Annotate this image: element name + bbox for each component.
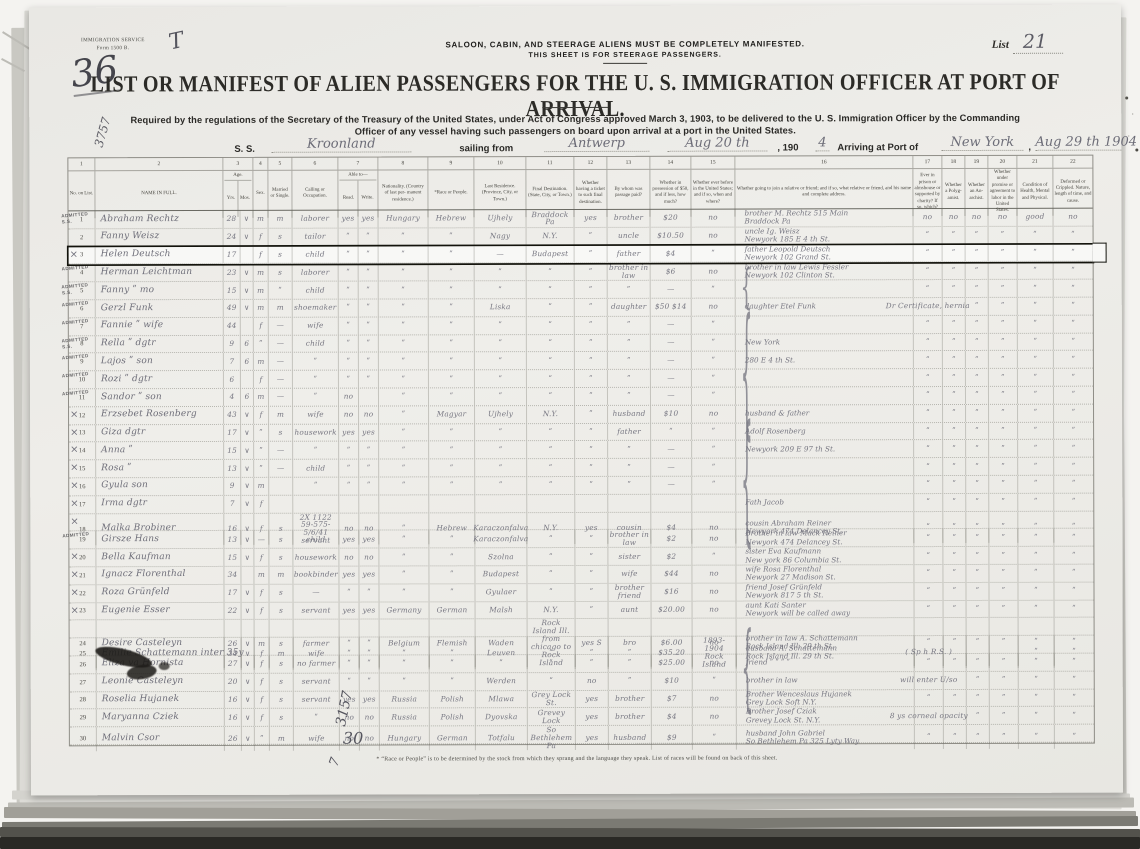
cell-labor-contract: ʺ: [988, 494, 1017, 511]
cell-occupation: —: [292, 584, 338, 601]
cell-deformed: ʺ: [1054, 654, 1094, 671]
cell-prison: ʺ: [913, 334, 942, 351]
cell-row-number: 29: [70, 710, 96, 727]
cell-money: —: [650, 441, 691, 458]
cell-occupation: wife: [292, 317, 338, 334]
cell-polygamist: [943, 672, 966, 689]
cell-sex: f: [253, 371, 268, 388]
manifest-sheet: IMMIGRATION SERVICE Form 1500 B. T SALOO…: [29, 5, 1123, 796]
cell-destination: ʺ: [526, 548, 574, 565]
friend-line: 280 E 4 th St.: [745, 356, 795, 364]
cell-prison: ʺ: [914, 654, 943, 671]
cell-row-number: 19ADMITTED: [69, 532, 95, 549]
cell-health: ʺ: [1018, 600, 1054, 617]
cell-prison: ʺ: [913, 369, 942, 386]
cell-deformed: ʺ: [1053, 582, 1093, 599]
cell-health: ʺ: [1017, 405, 1053, 422]
friend-line: New york 86 Columbia St.: [745, 556, 841, 565]
cell-last-residence: ʺ: [474, 388, 526, 405]
cell-ticket: ʺ: [574, 281, 607, 298]
cell-relative-friend: Brother Wenceslaus HujanekGrey Lock Soft…: [736, 690, 914, 707]
cell-money: $4: [650, 245, 691, 262]
cell-destination: ʺ: [526, 281, 574, 298]
cell-write: no: [359, 709, 379, 726]
cell-write: [358, 495, 378, 512]
cell-polygamist: ʺ: [942, 316, 965, 333]
cell-name: Ignacz Florenthal: [95, 567, 223, 584]
cell-relative-friend: Brother in law Mack ReinerNewyork 474 De…: [735, 529, 913, 546]
cell-sex: m: [253, 211, 268, 228]
admitted-stamp: ADMITTED: [62, 371, 89, 380]
cell-before-in-us: ʺ: [692, 726, 736, 750]
cell-health: ʺ: [1017, 369, 1053, 386]
cell-anarchist: ʺ: [966, 725, 989, 749]
cell-relative-friend: Fath Jacob: [735, 494, 913, 511]
cell-row-number: 11ADMITTED: [69, 389, 95, 406]
cell-race: ʺ: [428, 584, 474, 601]
cell-relative-friend: [735, 458, 913, 475]
cell-money: —: [650, 477, 691, 494]
cell-married-single: s: [268, 424, 292, 441]
cell-nationality: ʺ: [378, 246, 428, 263]
cell-age-mos: ∨: [240, 211, 253, 228]
cell-nationality: ʺ: [378, 388, 428, 405]
cell-age-mos: [240, 246, 253, 263]
cell-health: ʺ: [1017, 298, 1053, 315]
cell-last-residence: Ujhely: [474, 406, 526, 423]
cell-destination: Grevey Lock: [527, 708, 575, 725]
friend-line: Adolf Rosenberg: [745, 427, 806, 435]
cell-relative-friend: wife Rosa FlorenthalNewyork 27 Madison S…: [735, 565, 913, 582]
x-mark: ×: [70, 498, 78, 509]
cell-name: Sandor ʺ son: [95, 389, 223, 406]
friend-line: daughter Etel Funk: [745, 303, 816, 311]
cell-anarchist: ʺ: [965, 280, 988, 297]
race-footnote: * “Race or People” is to be determined b…: [31, 755, 1123, 764]
cell-row-number: 15×: [69, 460, 95, 477]
cell-name: Helen Deutsch: [95, 247, 223, 264]
cell-prison: ʺ: [913, 565, 942, 582]
cell-name: Bella Kaufman: [95, 549, 223, 566]
cell-before-in-us: ʺ: [691, 477, 735, 494]
page-stack-edge: [0, 837, 1140, 849]
cell-labor-contract: no: [988, 209, 1017, 226]
cell-anarchist: ʺ: [965, 245, 988, 262]
cell-polygamist: no: [942, 209, 965, 226]
cell-prison: ʺ: [913, 245, 942, 262]
cell-write: ʺ: [358, 317, 378, 334]
cell-polygamist: ʺ: [942, 458, 965, 475]
cell-before-in-us: [691, 494, 735, 511]
cell-race: ʺ: [428, 459, 474, 476]
cell-polygamist: ʺ: [942, 245, 965, 262]
cell-row-number: 7ADMITTED: [69, 318, 95, 335]
cell-read: no: [338, 549, 358, 566]
friend-line: Newyork will be called away: [746, 609, 850, 618]
cell-age-yrs: 17: [223, 585, 240, 602]
cell-anarchist: ʺ: [965, 262, 988, 279]
cell-married-single: s: [269, 691, 293, 708]
cell-labor-contract: ʺ: [989, 707, 1018, 724]
cell-health: ʺ: [1018, 707, 1054, 724]
cell-before-in-us: ʺ: [691, 245, 735, 262]
cell-money: $20: [650, 210, 691, 227]
cell-destination: ʺ: [526, 317, 574, 334]
cell-destination: ʺ: [526, 566, 574, 583]
cell-health: ʺ: [1017, 262, 1053, 279]
cell-health: ʺ: [1017, 280, 1053, 297]
cell-name: Maryanna Cziek: [96, 709, 224, 726]
cell-deformed: ʺ: [1054, 725, 1094, 749]
friend-line: Grey Lock Soft N.Y.: [746, 698, 817, 706]
cell-race: ʺ: [428, 317, 474, 334]
column-number: 1: [68, 158, 94, 170]
cell-ticket: yes: [574, 210, 607, 227]
cell-age-yrs: 17: [223, 246, 240, 263]
cell-ticket: no: [575, 673, 608, 690]
cell-age-yrs: 16: [224, 691, 241, 708]
friend-line: Newyork 102 Clinton St.: [745, 271, 835, 280]
column-header-row: No. on List.NAME IN FULL.Age.Yrs.Mos.Sex…: [68, 169, 1092, 212]
cell-last-residence: [474, 495, 526, 512]
cell-anarchist: ʺ: [965, 369, 988, 386]
cell-sex: m: [253, 478, 268, 495]
cell-nationality: ʺ: [378, 264, 428, 281]
cell-deformed: ʺ: [1053, 529, 1093, 546]
x-mark: ×: [70, 551, 78, 562]
cell-money: $6: [650, 263, 691, 280]
departure-date-handwritten: Aug 20 th: [667, 135, 767, 151]
cell-age-mos: ∨: [241, 656, 254, 673]
cell-sex: f: [253, 549, 268, 566]
cell-age-mos: ∨: [240, 585, 253, 602]
cell-prison: ʺ: [913, 529, 942, 546]
cell-name: Giza dgtr: [95, 424, 223, 441]
cell-ticket: ʺ: [575, 655, 608, 672]
cell-row-number: 16×: [69, 478, 95, 495]
cell-anarchist: ʺ: [966, 672, 989, 689]
cell-money: $9: [651, 726, 692, 750]
cell-race: ʺ: [428, 388, 474, 405]
cell-age-yrs: 17: [223, 424, 240, 441]
cell-polygamist: ʺ: [942, 405, 965, 422]
cell-last-residence: Totfalu: [475, 726, 527, 750]
column-header-label: Age.: [224, 172, 251, 181]
cell-row-number: 3×: [69, 247, 95, 264]
cell-occupation: shoemaker: [292, 300, 338, 317]
cell-write: ʺ: [358, 584, 378, 601]
cell-labor-contract: ʺ: [988, 458, 1017, 475]
cell-by-whom-paid: brother in law: [607, 263, 650, 280]
cell-by-whom-paid: brother in law: [607, 530, 650, 547]
cell-ticket: ʺ: [574, 477, 607, 494]
cell-age-mos: ∨: [241, 674, 254, 691]
friend-line: friend ʺ ʺ ʺ ʺ: [746, 659, 790, 667]
cell-ticket: ʺ: [574, 388, 607, 405]
cell-write: ʺ: [358, 442, 378, 459]
cell-relative-friend: brother in law: [736, 672, 914, 689]
cell-destination: ʺ: [526, 263, 574, 280]
cell-nationality: [378, 495, 428, 512]
cell-ticket: [574, 495, 607, 512]
cell-married-single: m: [268, 567, 292, 584]
cell-read: ʺ: [338, 584, 358, 601]
cell-anarchist: ʺ: [965, 387, 988, 404]
cell-deformed: ʺ: [1053, 440, 1093, 457]
cell-destination: ʺ: [526, 441, 574, 458]
cell-married-single: s: [269, 656, 293, 673]
cell-last-residence: ʺ: [474, 335, 526, 352]
cell-occupation: ʺ: [292, 353, 338, 370]
cell-health: ʺ: [1018, 725, 1054, 749]
cell-destination: N.Y.: [527, 602, 575, 619]
cell-ticket: yes: [575, 708, 608, 725]
cell-ticket: ʺ: [574, 441, 607, 458]
cell-by-whom-paid: ʺ: [607, 352, 650, 369]
cell-age-yrs: 9: [223, 335, 240, 352]
cell-labor-contract: ʺ: [988, 280, 1017, 297]
x-mark: ×: [70, 462, 78, 473]
cell-nationality: ʺ: [378, 406, 428, 423]
cell-prison: ʺ: [913, 458, 942, 475]
cell-by-whom-paid: father: [607, 423, 650, 440]
cell-name: Fanny Weisz: [95, 229, 223, 246]
cell-race: Polish: [429, 691, 475, 708]
cell-age-mos: ∨: [240, 229, 253, 246]
cell-labor-contract: ʺ: [989, 672, 1018, 689]
cell-row-number: 6ADMITTED: [69, 300, 95, 317]
handwritten-flourish: T: [167, 28, 187, 56]
cell-prison: Dr Certificate, hernia: [913, 298, 942, 315]
cell-age-yrs: 44: [223, 318, 240, 335]
cell-write: ʺ: [358, 264, 378, 281]
cell-name: Lajos ʺ son: [95, 353, 223, 370]
cell-last-residence: ʺ: [474, 459, 526, 476]
cell-labor-contract: ʺ: [988, 529, 1017, 546]
handwritten-bottom-number-2: 30: [343, 729, 363, 748]
cell-deformed: ʺ: [1053, 404, 1093, 421]
cell-health: good: [1017, 209, 1053, 226]
cell-health: ʺ: [1017, 440, 1053, 457]
cell-ticket: ʺ: [574, 423, 607, 440]
cell-destination: ʺ: [526, 388, 574, 405]
cell-nationality: ʺ: [378, 317, 428, 334]
cell-write: ʺ: [358, 300, 378, 317]
cell-before-in-us: ʺ: [691, 459, 735, 476]
cell-before-in-us: ʺ: [691, 423, 735, 440]
cell-occupation: ʺ: [292, 389, 338, 406]
cell-relative-friend: aunt Kati SanterNewyork will be called a…: [736, 601, 914, 618]
cell-write: ʺ: [358, 246, 378, 263]
cell-name: Rella ʺ dgtr: [95, 336, 223, 353]
cell-deformed: ʺ: [1053, 565, 1093, 582]
cell-nationality: ʺ: [378, 566, 428, 583]
x-mark: ×: [70, 427, 78, 438]
friend-line: So Bethlehem Pa 325 Lyty Way: [746, 737, 859, 746]
cell-ticket: ʺ: [574, 317, 607, 334]
cell-by-whom-paid: daughter: [607, 299, 650, 316]
cell-name: Erzsebet Rosenberg: [95, 407, 223, 424]
cell-row-number: 23×: [70, 603, 96, 620]
cell-last-residence: Budapest: [474, 566, 526, 583]
friend-line: Newyork 474 Delancey St.: [745, 538, 842, 547]
cell-anarchist: ʺ: [965, 529, 988, 546]
cell-age-yrs: 43: [223, 407, 240, 424]
admitted-stamp: ADMITTED: [62, 318, 89, 327]
cell-married-single: —: [268, 353, 292, 370]
cell-occupation: servant: [293, 691, 339, 708]
cell-labor-contract: ʺ: [988, 333, 1017, 350]
cell-destination: Budapest: [526, 246, 574, 263]
cell-before-in-us: ʺ: [691, 441, 735, 458]
cell-last-residence: ʺ: [474, 353, 526, 370]
cell-occupation: child: [292, 246, 338, 263]
cell-ticket: ʺ: [574, 566, 607, 583]
cell-prison: ʺ: [913, 494, 942, 511]
cell-money: —: [650, 334, 691, 351]
cell-married-single: s: [268, 584, 292, 601]
cell-before-in-us: no: [691, 405, 735, 422]
cell-read: yes: [338, 567, 358, 584]
cell-deformed: ʺ: [1053, 476, 1093, 493]
cell-read: yes: [338, 424, 358, 441]
table-row: 30Malvin Csor26∨ʺmwifenonoHungaryGermanT…: [70, 725, 1094, 745]
cell-occupation: child: [292, 335, 338, 352]
cell-prison: ʺ: [913, 583, 942, 600]
cell-last-residence: Gyulaer: [474, 584, 526, 601]
manifest-table: 12345678910111213141516171819202122No. o…: [67, 155, 1095, 747]
cell-sex: m: [253, 389, 268, 406]
cell-labor-contract: ʺ: [988, 298, 1017, 315]
cell-nationality: Russia: [379, 709, 429, 726]
cell-labor-contract: ʺ: [989, 725, 1018, 749]
cell-write: yes: [358, 211, 378, 228]
cell-age-mos: 6: [240, 389, 253, 406]
cell-last-residence: ʺ: [474, 441, 526, 458]
cell-before-in-us: no: [692, 655, 736, 672]
column-number: 20: [987, 156, 1016, 168]
cell-polygamist: ʺ: [942, 547, 965, 564]
cell-health: ʺ: [1017, 529, 1053, 546]
cell-occupation: wife: [293, 727, 339, 751]
cell-polygamist: ʺ: [942, 565, 965, 582]
cell-ticket: ʺ: [574, 228, 607, 245]
cell-name: Anna ʺ: [95, 442, 223, 459]
cell-sex: m: [253, 567, 268, 584]
cell-polygamist: [943, 707, 966, 724]
x-mark: ×: [70, 409, 78, 420]
cell-by-whom-paid: husband: [607, 406, 650, 423]
cell-relative-friend: brother in law Lewis FesslerNewyork 102 …: [735, 263, 913, 280]
cell-destination: ʺ: [526, 530, 574, 547]
friend-line: brother in law: [746, 676, 798, 684]
cell-by-whom-paid: aunt: [608, 601, 651, 618]
cell-health: ʺ: [1017, 547, 1053, 564]
cell-deformed: ʺ: [1053, 351, 1093, 368]
cell-write: ʺ: [358, 335, 378, 352]
cell-name: Herman Leichtman: [95, 264, 223, 281]
cell-age-yrs: 9: [223, 478, 240, 495]
cell-prison: will enter U/so: [914, 672, 943, 689]
cell-polygamist: ʺ: [942, 423, 965, 440]
cell-name: Irma dgtr: [95, 496, 223, 513]
cell-race: ʺ: [428, 335, 474, 352]
admitted-stamp: ADMITTED: [61, 265, 88, 274]
cell-race: ʺ: [428, 353, 474, 370]
column-number: 21: [1016, 156, 1052, 168]
column-number: 22: [1052, 156, 1092, 168]
cell-married-single: s: [268, 531, 292, 548]
cell-write: yes: [358, 424, 378, 441]
cell-ticket: ʺ: [574, 530, 607, 547]
cell-anarchist: ʺ: [965, 227, 988, 244]
highlighted-passenger-row: 3×Helen Deutsch17fschildʺʺʺʺ—Budapestʺfa…: [69, 244, 1093, 264]
cell-nationality: ʺ: [378, 371, 428, 388]
column-number: 6: [291, 158, 337, 170]
cell-ticket: ʺ: [574, 406, 607, 423]
cell-deformed: ʺ: [1053, 226, 1093, 243]
cell-health: ʺ: [1017, 316, 1053, 333]
cell-age-mos: ∨: [240, 531, 253, 548]
column-number: 7: [337, 158, 377, 170]
cell-occupation: housework: [292, 549, 338, 566]
year-digit-handwritten: 4: [815, 135, 829, 151]
cell-age-yrs: 34: [223, 567, 240, 584]
x-mark: ×: [70, 516, 78, 527]
column-number: 9: [427, 157, 473, 169]
cell-ticket: yes: [575, 690, 608, 707]
cell-read: ʺ: [338, 442, 358, 459]
cell-destination: Grey Lock St.: [527, 691, 575, 708]
column-number: 4: [252, 158, 267, 170]
cell-labor-contract: ʺ: [988, 583, 1017, 600]
departure-port-handwritten: Antwerp: [544, 136, 649, 152]
cell-age-yrs: 26: [224, 727, 241, 751]
cell-age-yrs: 4: [223, 389, 240, 406]
cell-last-residence: ʺ: [474, 424, 526, 441]
cell-read: [338, 495, 358, 512]
cell-race: [428, 495, 474, 512]
cell-labor-contract: ʺ: [989, 600, 1018, 617]
cell-money: [650, 494, 691, 511]
cell-relative-friend: New York: [735, 334, 913, 351]
cell-last-residence: ʺ: [474, 370, 526, 387]
cell-sex: f: [254, 709, 269, 726]
cell-last-residence: Szolna: [474, 548, 526, 565]
friend-line: Braddock Pa: [745, 218, 791, 226]
cell-read: ʺ: [339, 655, 359, 672]
cell-occupation: child: [292, 531, 338, 548]
cell-prison: ʺ: [913, 351, 942, 368]
friend-line: Newyork 102 Grand St.: [745, 253, 831, 262]
cell-age-mos: ∨: [240, 282, 253, 299]
cell-name: Fannie ʺ wife: [95, 318, 223, 335]
cell-age-yrs: 13: [223, 531, 240, 548]
cell-row-number: 1ADMITTEDS.S.: [69, 211, 95, 228]
cell-nationality: ʺ: [378, 228, 428, 245]
column-number: 2: [94, 158, 222, 170]
cell-money: $44: [650, 566, 691, 583]
cell-health: ʺ: [1017, 333, 1053, 350]
cell-polygamist: ʺ: [942, 529, 965, 546]
cell-sex: f: [253, 496, 268, 513]
admitted-stamp: ADMITTED: [62, 531, 89, 540]
cell-age-mos: ∨: [241, 691, 254, 708]
cell-nationality: ʺ: [379, 655, 429, 672]
cell-nationality: ʺ: [378, 335, 428, 352]
cell-prison: ʺ: [913, 547, 942, 564]
cell-sex: —: [253, 531, 268, 548]
